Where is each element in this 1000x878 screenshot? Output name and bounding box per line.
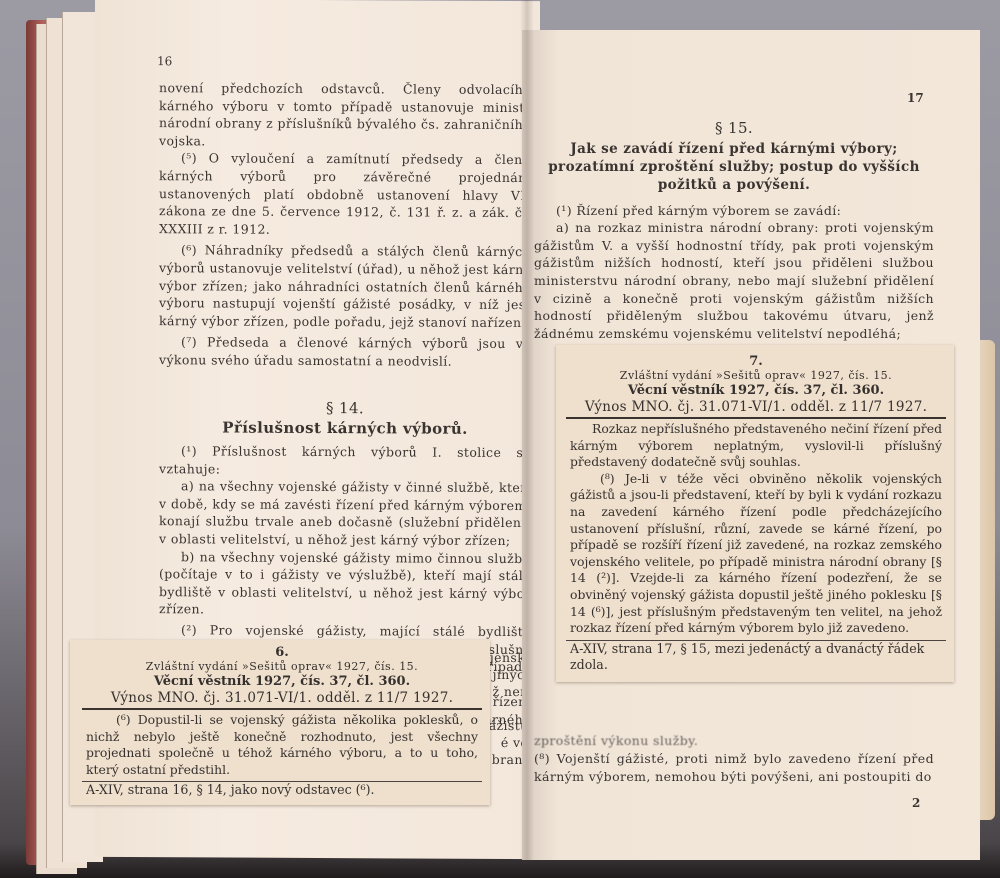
- slip-source: Zvláštní vydání »Sešitů oprav« 1927, čís…: [86, 660, 478, 674]
- paragraph: b) na všechny vojenské gážisty mimo činn…: [159, 548, 531, 620]
- slip-bulletin: Věcní věstník 1927, čís. 37, čl. 360.: [86, 674, 478, 690]
- paragraph: (⁸) Vojenští gážisté, proti nimž bylo za…: [534, 750, 934, 785]
- paragraph: (⁶) Náhradníky předsedů a stálých členů …: [159, 242, 531, 332]
- paragraph: (¹) Příslušnost kárných výborů I. stolic…: [159, 442, 531, 479]
- paragraph: (⁷) Předseda a členové kárných výborů js…: [159, 333, 531, 370]
- slip-body: (⁶) Dopustil-li se vojenský gážista něko…: [86, 712, 478, 778]
- slip-source: Zvláštní vydání »Sešitů oprav« 1927, čís…: [570, 369, 942, 383]
- slip-number: 6.: [86, 646, 478, 660]
- paragraph: (¹) Řízení před kárným výborem se zavádí…: [534, 202, 934, 220]
- slip-body: (⁸) Je-li v téže věci obviněno několik v…: [570, 471, 942, 637]
- page-number: 16: [157, 54, 172, 68]
- section-title: Příslušnost kárných výborů.: [159, 418, 531, 438]
- paragraph: a) na všechny vojenské gážisty v činné s…: [159, 477, 531, 549]
- book-gutter: [520, 0, 534, 860]
- slip-number: 7.: [570, 355, 942, 369]
- right-page-text: § 15. Jak se zavádí řízení před kárnými …: [534, 116, 934, 342]
- paragraph: novení předchozích odstavců. Členy odvol…: [159, 79, 531, 151]
- slip-decree: Výnos MNO. čj. 31.071-VI/1. odděl. z 11/…: [82, 690, 482, 710]
- page-number: 17: [907, 91, 924, 105]
- correction-slip-6: 6. Zvláštní vydání »Sešitů oprav« 1927, …: [70, 640, 490, 805]
- slip-footer: A-XIV, strana 16, § 14, jako nový odstav…: [82, 781, 482, 799]
- section-title: Jak se zavádí řízení před kárnými výbory…: [534, 140, 934, 194]
- correction-slip-7: 7. Zvláštní vydání »Sešitů oprav« 1927, …: [556, 345, 954, 682]
- slip-decree: Výnos MNO. čj. 31.071-VI/1. odděl. z 11/…: [566, 399, 946, 419]
- slip-body: Rozkaz nepříslušného představeného nečin…: [570, 421, 942, 471]
- section-number: § 14.: [159, 399, 531, 419]
- paragraph: a) na rozkaz ministra národní obrany: pr…: [534, 219, 934, 342]
- signature-mark: 2: [912, 796, 920, 810]
- paragraph: (⁵) O vyloučení a zamítnutí předsedy a č…: [159, 150, 531, 240]
- section-number: § 15.: [534, 120, 934, 138]
- slip-footer: A-XIV, strana 17, § 15, mezi jedenáctý a…: [566, 640, 946, 674]
- obscured-line: zproštění výkonu služby.: [534, 732, 754, 750]
- slip-bulletin: Věcní věstník 1927, čís. 37, čl. 360.: [570, 383, 942, 399]
